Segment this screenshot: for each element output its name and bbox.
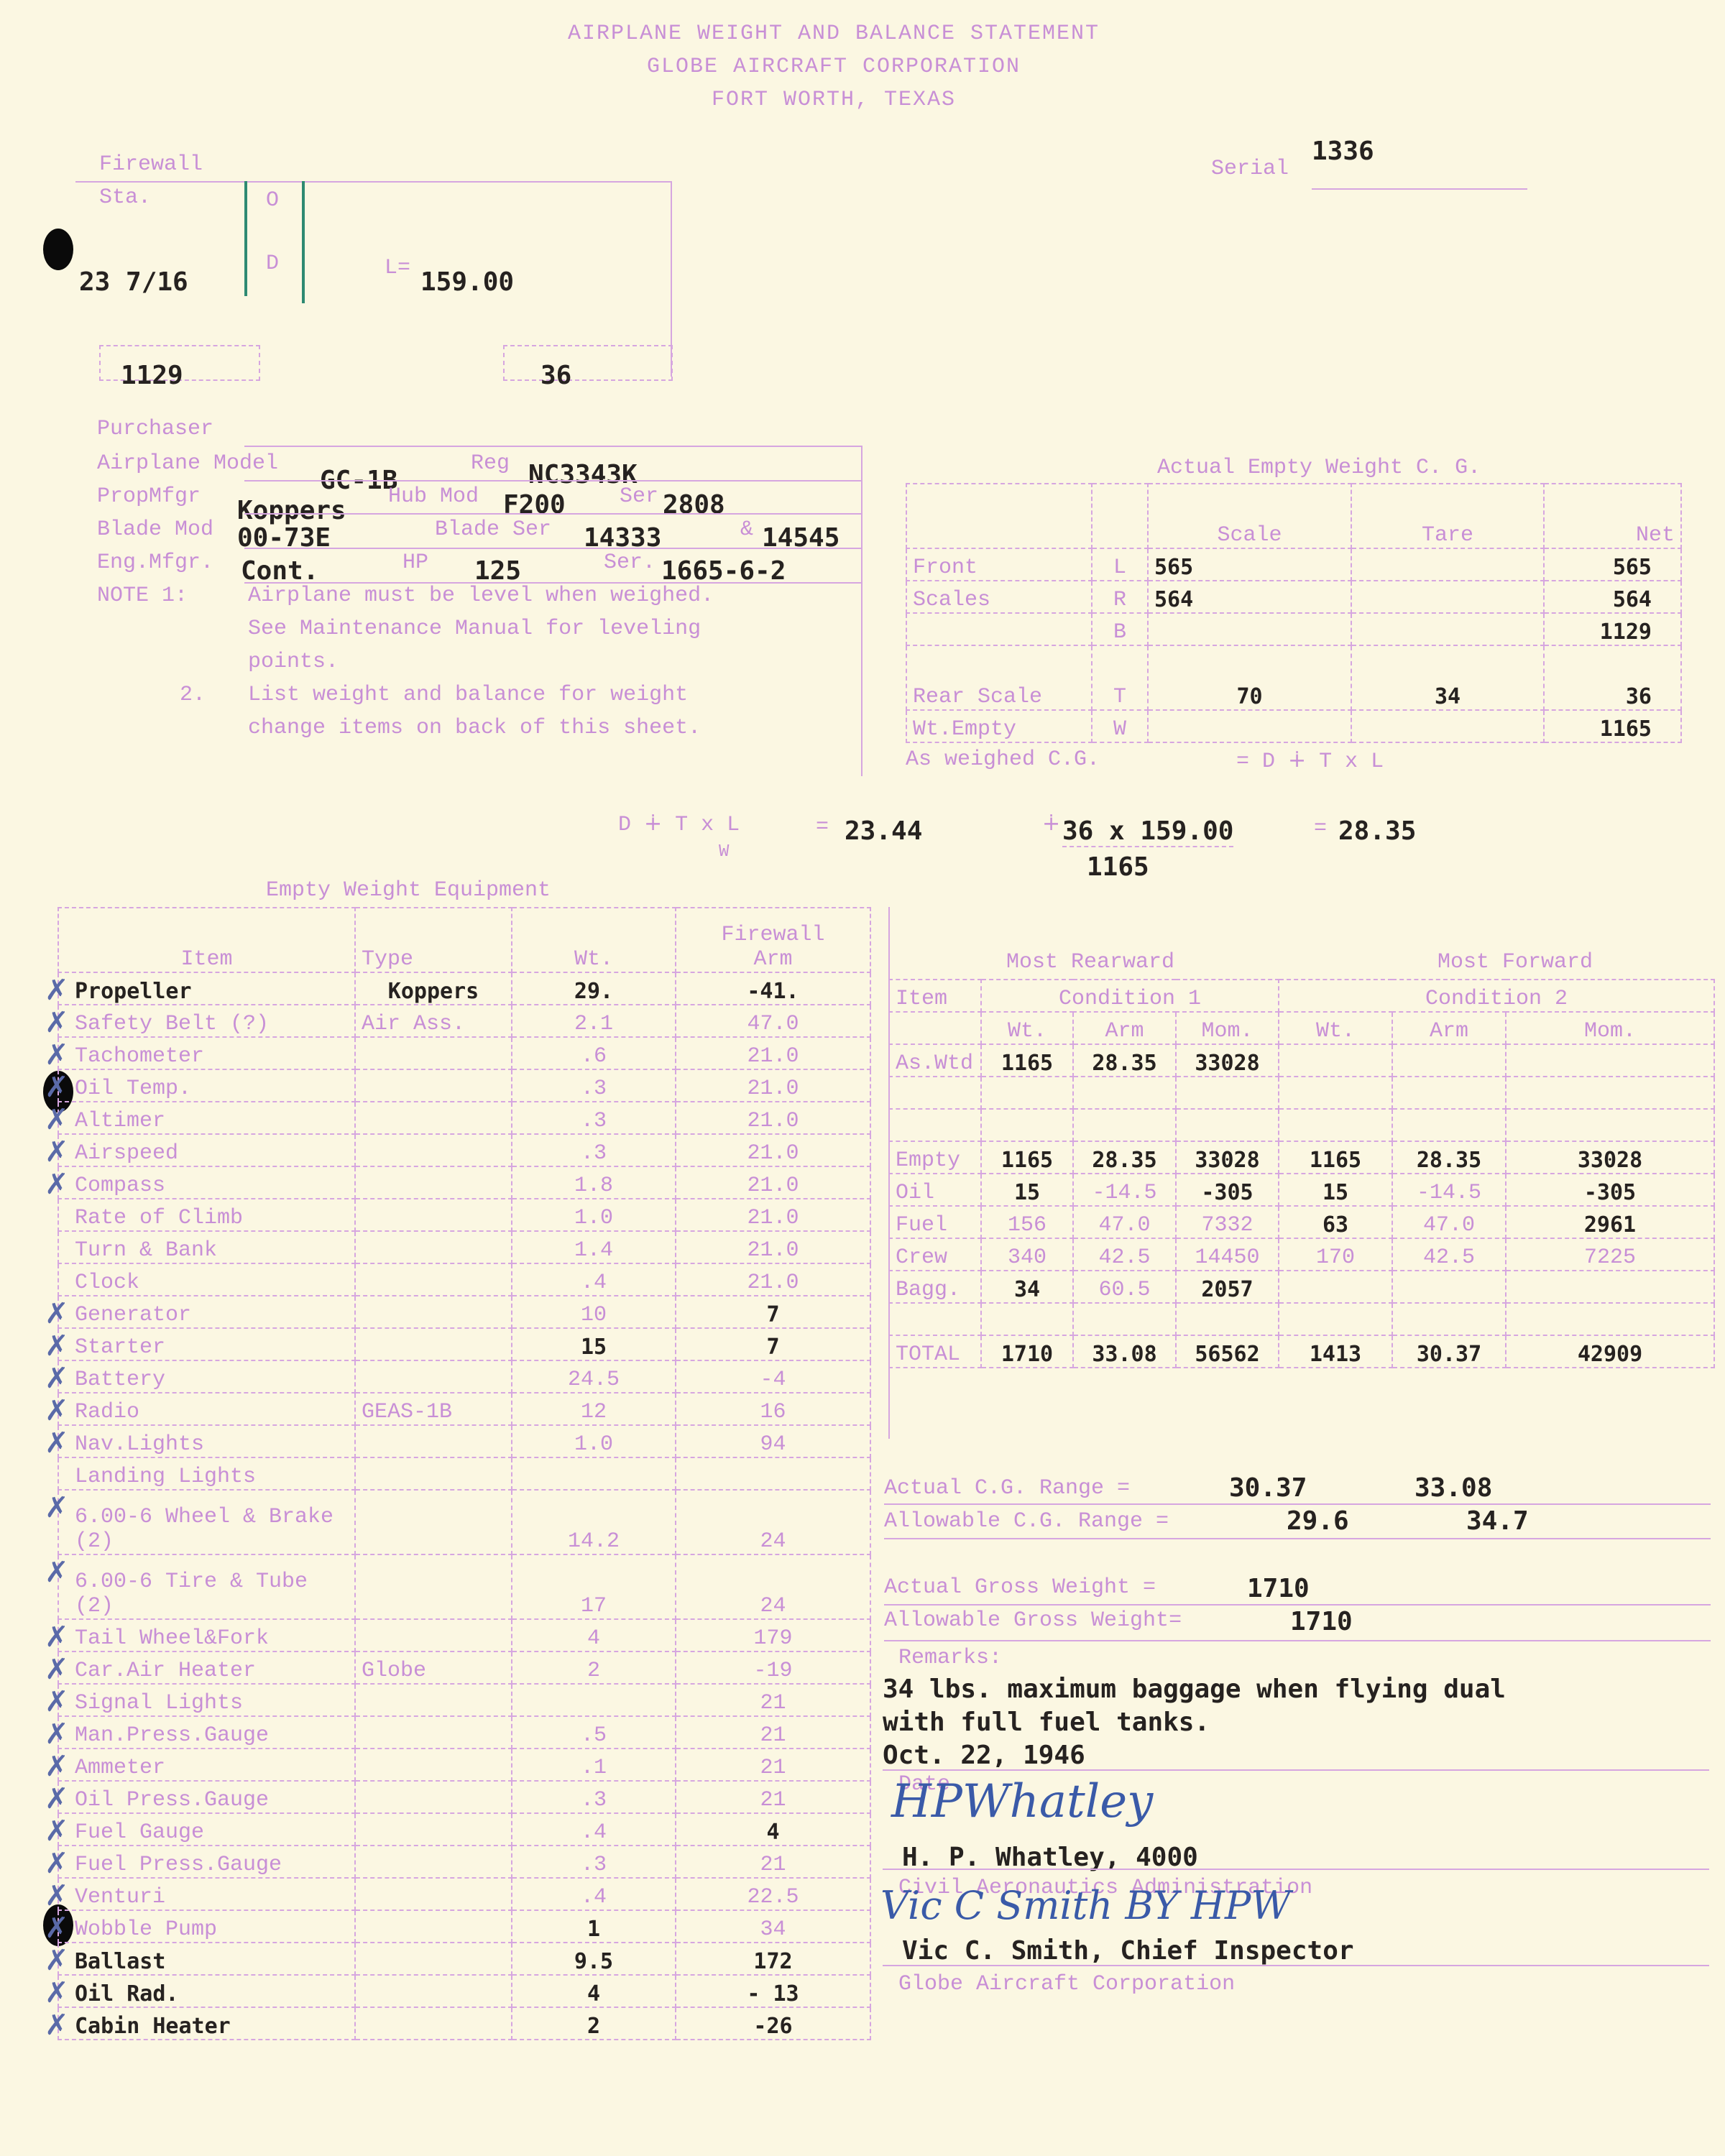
net-header: Net [1544, 484, 1681, 548]
engine-mfgr-value: Cont. [241, 556, 318, 586]
cg-formula-equals-2: = [1314, 816, 1327, 841]
loading-cell: 28.35 [1073, 1044, 1176, 1077]
remarks-line-1: 34 lbs. maximum baggage when flying dual [883, 1674, 1506, 1704]
item-arm: 21.0 [676, 1037, 870, 1069]
actual-cg-range-label: Actual C.G. Range = [884, 1476, 1130, 1501]
loading-cell: -14.5 [1392, 1174, 1506, 1206]
item-type [355, 1846, 512, 1878]
item-arm: 94 [676, 1425, 870, 1457]
punch-hole [43, 229, 73, 270]
company-name: GLOBE AIRCRAFT CORPORATION [474, 55, 1193, 79]
item-type [355, 1910, 512, 1943]
item-type [355, 1975, 512, 2007]
loading-cell: 156 [981, 1206, 1073, 1238]
loading-cell: 33028 [1506, 1141, 1714, 1174]
loading-row: Crew34042.51445017042.57225 [889, 1238, 1714, 1271]
item-weight: .6 [512, 1037, 676, 1069]
note1-line3: points. [248, 650, 339, 674]
cg-formula-lhs-denominator: W [719, 842, 729, 862]
loading-cell: 42.5 [1073, 1238, 1176, 1271]
loading-cell: 170 [1279, 1238, 1392, 1271]
note2-line1: List weight and balance for weight [248, 683, 688, 707]
tare-header: Tare [1351, 484, 1544, 548]
item-weight: .3 [512, 1134, 676, 1166]
equipment-row: Battery24.5-4 [58, 1360, 870, 1393]
item-name: Safety Belt (?) [58, 1005, 355, 1037]
item-arm: 7 [676, 1328, 870, 1360]
loading-table: Item Condition 1 Condition 2 Wt. Arm Mom… [888, 979, 1715, 1368]
item-type: GEAS-1B [355, 1393, 512, 1425]
equipment-row: Ammeter.121 [58, 1749, 870, 1781]
check-x-icon: ✗ [45, 1168, 69, 1201]
item-weight: 9.5 [512, 1943, 676, 1975]
loading-cell [1506, 1077, 1714, 1109]
loading-item: As.Wtd [889, 1044, 981, 1077]
item-name: Fuel Press.Gauge [58, 1846, 355, 1878]
chief-inspector-org: Globe Aircraft Corporation [898, 1972, 1235, 1996]
equipment-title: Empty Weight Equipment [266, 878, 551, 903]
cg-formula-denominator: 1165 [1087, 852, 1149, 882]
prop-mfgr-label: PropMfgr [97, 484, 201, 509]
check-x-icon: ✗ [45, 1782, 69, 1815]
loading-item [889, 1303, 981, 1335]
check-x-icon: ✗ [45, 1685, 69, 1718]
equipment-row: Oil Rad.4- 13 [58, 1975, 870, 2007]
item-weight: 14.2 [512, 1490, 676, 1554]
item-type [355, 1878, 512, 1910]
loading-item: Crew [889, 1238, 981, 1271]
item-arm: 21.0 [676, 1231, 870, 1263]
item-weight [512, 1457, 676, 1490]
item-arm: 179 [676, 1619, 870, 1651]
equipment-row: Airspeed.321.0 [58, 1134, 870, 1166]
item-type [355, 1716, 512, 1749]
equipment-row: RadioGEAS-1B1216 [58, 1393, 870, 1425]
arm-header: Firewall Arm [676, 908, 870, 972]
loading-cell [1506, 1109, 1714, 1141]
item-arm: 21.0 [676, 1069, 870, 1102]
equipment-row: Tachometer.621.0 [58, 1037, 870, 1069]
loading-cell [1279, 1303, 1392, 1335]
equipment-row: Landing Lights [58, 1457, 870, 1490]
check-x-icon: ✗ [45, 1362, 69, 1395]
check-x-icon: ✗ [45, 1621, 69, 1654]
loading-row: Fuel15647.073326347.02961 [889, 1206, 1714, 1238]
item-type [355, 1134, 512, 1166]
loading-cell [981, 1077, 1073, 1109]
loading-cell: 1165 [1279, 1141, 1392, 1174]
loading-cell [1073, 1077, 1176, 1109]
item-arm: -26 [676, 2007, 870, 2040]
item-name: 6.00-6 Wheel & Brake (2) [58, 1490, 355, 1554]
check-x-icon: ✗ [45, 1006, 69, 1039]
loading-cell: 340 [981, 1238, 1073, 1271]
item-type [355, 1231, 512, 1263]
item-type [355, 1166, 512, 1199]
d-label: D [266, 252, 279, 276]
cg-row-both: B 1129 [906, 613, 1681, 645]
allowable-cg-range-label: Allowable C.G. Range = [884, 1509, 1169, 1534]
equipment-row: Car.Air HeaterGlobe2-19 [58, 1651, 870, 1684]
remarks-label: Remarks: [898, 1646, 1002, 1670]
item-name: Man.Press.Gauge [58, 1716, 355, 1749]
item-weight: 10 [512, 1296, 676, 1328]
item-type [355, 1781, 512, 1813]
equipment-row: Generator107 [58, 1296, 870, 1328]
item-weight: .3 [512, 1781, 676, 1813]
item-weight: 17 [512, 1554, 676, 1619]
item-type: Globe [355, 1651, 512, 1684]
rear-weight-box-value: 36 [540, 361, 571, 390]
equipment-table: Item Type Wt. Firewall Arm PropellerKopp… [57, 907, 871, 2040]
allowable-gross-weight-value: 1710 [1290, 1607, 1353, 1636]
check-x-icon: ✗ [45, 1653, 69, 1686]
loading-row [889, 1303, 1714, 1335]
check-x-icon: ✗ [45, 1135, 69, 1169]
l-label: L= [385, 256, 410, 280]
item-arm: 21 [676, 1846, 870, 1878]
item-name: Clock [58, 1263, 355, 1296]
firewall-sta-value: 23 7/16 [79, 267, 188, 297]
check-x-icon: ✗ [45, 1103, 69, 1136]
item-weight: 1.0 [512, 1199, 676, 1231]
loading-cell: 42.5 [1392, 1238, 1506, 1271]
most-forward-title: Most Forward [1437, 950, 1593, 975]
empty-cg-table: Scale Tare Net FrontL 565 565 ScalesR 56… [906, 483, 1682, 743]
firewall-label: Firewall [99, 152, 203, 177]
item-weight: 2.1 [512, 1005, 676, 1037]
loading-cell: 30.37 [1392, 1335, 1506, 1368]
item-weight: .4 [512, 1878, 676, 1910]
empty-cg-title: Actual Empty Weight C. G. [1157, 456, 1481, 480]
document-title: AIRPLANE WEIGHT AND BALANCE STATEMENT [474, 22, 1193, 46]
item-name: Tail Wheel&Fork [58, 1619, 355, 1651]
loading-cell: 7332 [1176, 1206, 1279, 1238]
blade-serial-amp: & [740, 517, 753, 542]
check-x-icon: ✗ [45, 1330, 69, 1363]
item-name: Ammeter [58, 1749, 355, 1781]
loading-cell: -305 [1506, 1174, 1714, 1206]
loading-cell: -305 [1176, 1174, 1279, 1206]
loading-cell: 15 [1279, 1174, 1392, 1206]
remarks-date: Oct. 22, 1946 [883, 1741, 1085, 1770]
hub-serial-value: 2808 [663, 490, 725, 520]
chief-inspector-name: Vic C. Smith, Chief Inspector [902, 1936, 1354, 1966]
item-weight: 4 [512, 1975, 676, 2007]
loading-cell: 33028 [1176, 1044, 1279, 1077]
cg-formula-numerator: 36 x 159.00 [1062, 816, 1233, 847]
note2-label: 2. [180, 683, 206, 707]
condition-1-header: Condition 1 [981, 980, 1279, 1012]
loading-cell: 1165 [981, 1141, 1073, 1174]
loading-row [889, 1077, 1714, 1109]
item-name: Propeller [58, 972, 355, 1005]
signature-smith: Vic C Smith BY HPW [880, 1883, 1291, 1928]
item-type [355, 1813, 512, 1846]
actual-gross-weight-label: Actual Gross Weight = [884, 1575, 1156, 1600]
item-arm: 21.0 [676, 1102, 870, 1134]
item-name: Ballast [58, 1943, 355, 1975]
blade-model-label: Blade Mod [97, 517, 213, 542]
item-arm: 24 [676, 1554, 870, 1619]
equipment-row: Wobble Pump134 [58, 1910, 870, 1943]
item-weight: 24.5 [512, 1360, 676, 1393]
check-x-icon: ✗ [45, 1556, 69, 1589]
hub-model-value: F200 [503, 490, 566, 520]
item-weight: 12 [512, 1393, 676, 1425]
item-weight: .5 [512, 1716, 676, 1749]
item-type: Koppers [355, 972, 512, 1005]
item-type [355, 1360, 512, 1393]
equipment-row: PropellerKoppers29.-41. [58, 972, 870, 1005]
loading-cell: 63 [1279, 1206, 1392, 1238]
loading-cell: 15 [981, 1174, 1073, 1206]
item-type [355, 1037, 512, 1069]
equipment-row: Cabin Heater2-26 [58, 2007, 870, 2040]
engine-serial-value: 1665-6-2 [661, 556, 786, 586]
item-type [355, 2007, 512, 2040]
item-type [355, 1943, 512, 1975]
check-x-icon: ✗ [45, 1976, 69, 2009]
item-type [355, 1684, 512, 1716]
check-x-icon: ✗ [45, 1879, 69, 1912]
allowable-cg-max: 34.7 [1466, 1506, 1529, 1536]
loading-cell [1073, 1109, 1176, 1141]
item-arm: 22.5 [676, 1878, 870, 1910]
item-name: Tachometer [58, 1037, 355, 1069]
loading-cell [1506, 1271, 1714, 1303]
loading-cell [1392, 1303, 1506, 1335]
equipment-row: Turn & Bank1.421.0 [58, 1231, 870, 1263]
loading-cell: 42909 [1506, 1335, 1714, 1368]
item-weight: 1.4 [512, 1231, 676, 1263]
item-arm: 21.0 [676, 1199, 870, 1231]
check-x-icon: ✗ [45, 1750, 69, 1783]
inspector-name: H. P. Whatley, 4000 [902, 1843, 1198, 1872]
cg-row-empty-weight: Wt.EmptyW 1165 [906, 710, 1681, 742]
item-header: Item [58, 908, 355, 972]
item-type [355, 1425, 512, 1457]
item-arm: 21 [676, 1749, 870, 1781]
wt-header: Wt. [512, 908, 676, 972]
loading-row: As.Wtd116528.3533028 [889, 1044, 1714, 1077]
equipment-row: Man.Press.Gauge.521 [58, 1716, 870, 1749]
equipment-row: Starter157 [58, 1328, 870, 1360]
loading-cell [1506, 1303, 1714, 1335]
item-arm: -41. [676, 972, 870, 1005]
item-name: Wobble Pump [58, 1910, 355, 1943]
front-weight-box-value: 1129 [121, 361, 183, 390]
item-arm: 4 [676, 1813, 870, 1846]
item-name: Generator [58, 1296, 355, 1328]
note1-label: NOTE 1: [97, 584, 188, 608]
item-name: Altimer [58, 1102, 355, 1134]
allowable-gross-weight-label: Allowable Gross Weight= [884, 1608, 1182, 1633]
check-x-icon: ✗ [45, 1815, 69, 1848]
item-arm: 172 [676, 1943, 870, 1975]
item-arm: 24 [676, 1490, 870, 1554]
check-x-icon: ✗ [45, 974, 69, 1007]
item-type [355, 1199, 512, 1231]
item-name: Oil Rad. [58, 1975, 355, 2007]
item-weight: .3 [512, 1846, 676, 1878]
equipment-row: Altimer.321.0 [58, 1102, 870, 1134]
cg-result-value: 28.35 [1338, 816, 1416, 846]
item-type [355, 1296, 512, 1328]
loading-cell: 2961 [1506, 1206, 1714, 1238]
equipment-row: Venturi.422.5 [58, 1878, 870, 1910]
loading-item [889, 1109, 981, 1141]
loading-cell: 1413 [1279, 1335, 1392, 1368]
check-x-icon: ✗ [45, 1427, 69, 1460]
cg-row-front-left: FrontL 565 565 [906, 548, 1681, 581]
loading-cell [1279, 1271, 1392, 1303]
equipment-row: Fuel Gauge.44 [58, 1813, 870, 1846]
actual-cg-max: 33.08 [1414, 1473, 1492, 1503]
equipment-row: Safety Belt (?)Air Ass.2.147.0 [58, 1005, 870, 1037]
check-x-icon: ✗ [45, 1491, 69, 1524]
check-x-icon: ✗ [45, 1038, 69, 1072]
equipment-row: 6.00-6 Wheel & Brake (2)14.224 [58, 1490, 870, 1554]
item-name: Signal Lights [58, 1684, 355, 1716]
check-x-icon: ✗ [45, 1071, 69, 1104]
equipment-row: Tail Wheel&Fork4179 [58, 1619, 870, 1651]
loading-cell: 60.5 [1073, 1271, 1176, 1303]
loading-row: Oil15-14.5-30515-14.5-305 [889, 1174, 1714, 1206]
item-weight: .4 [512, 1263, 676, 1296]
equipment-row: 6.00-6 Tire & Tube (2)1724 [58, 1554, 870, 1619]
item-weight: 4 [512, 1619, 676, 1651]
equipment-row: Nav.Lights1.094 [58, 1425, 870, 1457]
signature-whatley: HPWhatley [891, 1775, 1153, 1828]
item-type [355, 1619, 512, 1651]
item-name: Landing Lights [58, 1457, 355, 1490]
note1-line2: See Maintenance Manual for leveling [248, 617, 701, 641]
loading-cell: 2057 [1176, 1271, 1279, 1303]
loading-cell [1073, 1303, 1176, 1335]
item-weight: 29. [512, 972, 676, 1005]
check-x-icon: ✗ [45, 1718, 69, 1751]
loading-cell [1279, 1077, 1392, 1109]
loading-cell: 28.35 [1392, 1141, 1506, 1174]
loading-cell: 56562 [1176, 1335, 1279, 1368]
equipment-row: Oil Press.Gauge.321 [58, 1781, 870, 1813]
loading-cell: 7225 [1506, 1238, 1714, 1271]
loading-row: TOTAL171033.0856562141330.3742909 [889, 1335, 1714, 1368]
loading-cell [1506, 1044, 1714, 1077]
loading-cell: 33.08 [1073, 1335, 1176, 1368]
equipment-row: Rate of Climb1.021.0 [58, 1199, 870, 1231]
item-type [355, 1457, 512, 1490]
loading-item: Fuel [889, 1206, 981, 1238]
loading-cell [1392, 1109, 1506, 1141]
loading-cell [1279, 1044, 1392, 1077]
hp-label: HP [402, 550, 428, 575]
sta-label: Sta. [99, 185, 151, 210]
equipment-row: Signal Lights21 [58, 1684, 870, 1716]
loading-cell [1176, 1109, 1279, 1141]
engine-mfgr-label: Eng.Mfgr. [97, 550, 213, 575]
item-type [355, 1069, 512, 1102]
check-x-icon: ✗ [45, 1912, 69, 1945]
item-weight: .3 [512, 1102, 676, 1134]
item-name: Fuel Gauge [58, 1813, 355, 1846]
loading-cell: 1710 [981, 1335, 1073, 1368]
item-name: Compass [58, 1166, 355, 1199]
loading-cell [1392, 1044, 1506, 1077]
item-weight: 15 [512, 1328, 676, 1360]
item-arm: -4 [676, 1360, 870, 1393]
cg-d-value: 23.44 [845, 816, 922, 846]
item-type [355, 1554, 512, 1619]
item-weight: .4 [512, 1813, 676, 1846]
item-weight: .3 [512, 1069, 676, 1102]
condition-2-header: Condition 2 [1279, 980, 1714, 1012]
most-rearward-title: Most Rearward [1006, 950, 1174, 975]
item-type: Air Ass. [355, 1005, 512, 1037]
cg-row-front-right: ScalesR 564 564 [906, 581, 1681, 613]
item-arm: 34 [676, 1910, 870, 1943]
loading-cell: 34 [981, 1271, 1073, 1303]
loading-cell [981, 1109, 1073, 1141]
loading-item: Oil [889, 1174, 981, 1206]
item-arm: 21 [676, 1781, 870, 1813]
airplane-model-label: Airplane Model [97, 451, 278, 476]
item-weight: 2 [512, 1651, 676, 1684]
cg-formula-lhs: D ∔ T x L [618, 811, 740, 837]
equipment-row: Compass1.821.0 [58, 1166, 870, 1199]
item-name: Nav.Lights [58, 1425, 355, 1457]
check-x-icon: ✗ [45, 1847, 69, 1880]
item-arm: 47.0 [676, 1005, 870, 1037]
loading-cell [1392, 1077, 1506, 1109]
item-arm: -19 [676, 1651, 870, 1684]
item-arm: 21.0 [676, 1134, 870, 1166]
item-name: 6.00-6 Tire & Tube (2) [58, 1554, 355, 1619]
loading-item-header: Item [889, 980, 981, 1012]
loading-cell: 14450 [1176, 1238, 1279, 1271]
item-type [355, 1749, 512, 1781]
item-arm: 21 [676, 1684, 870, 1716]
loading-cell: 33028 [1176, 1141, 1279, 1174]
loading-item: Empty [889, 1141, 981, 1174]
remarks-line-2: with full fuel tanks. [883, 1708, 1210, 1737]
equipment-row: Clock.421.0 [58, 1263, 870, 1296]
note1-line1: Airplane must be level when weighed. [248, 584, 714, 608]
loading-cell: 47.0 [1073, 1206, 1176, 1238]
loading-item: Bagg. [889, 1271, 981, 1303]
o-label: O [266, 188, 279, 213]
equipment-row: Oil Temp..321.0 [58, 1069, 870, 1102]
actual-cg-min: 30.37 [1229, 1473, 1307, 1503]
loading-cell [1176, 1303, 1279, 1335]
loading-cell [1279, 1109, 1392, 1141]
loading-cell: -14.5 [1073, 1174, 1176, 1206]
scale-header: Scale [1148, 484, 1351, 548]
item-weight [512, 1684, 676, 1716]
item-name: Radio [58, 1393, 355, 1425]
item-weight: 2 [512, 2007, 676, 2040]
cg-formula-plus: ∔ [1042, 811, 1060, 837]
item-arm [676, 1457, 870, 1490]
check-x-icon: ✗ [45, 1944, 69, 1977]
loading-cell: 47.0 [1392, 1206, 1506, 1238]
equipment-row: Fuel Press.Gauge.321 [58, 1846, 870, 1878]
item-name: Oil Press.Gauge [58, 1781, 355, 1813]
item-weight: 1.8 [512, 1166, 676, 1199]
item-name: Starter [58, 1328, 355, 1360]
item-type [355, 1490, 512, 1554]
